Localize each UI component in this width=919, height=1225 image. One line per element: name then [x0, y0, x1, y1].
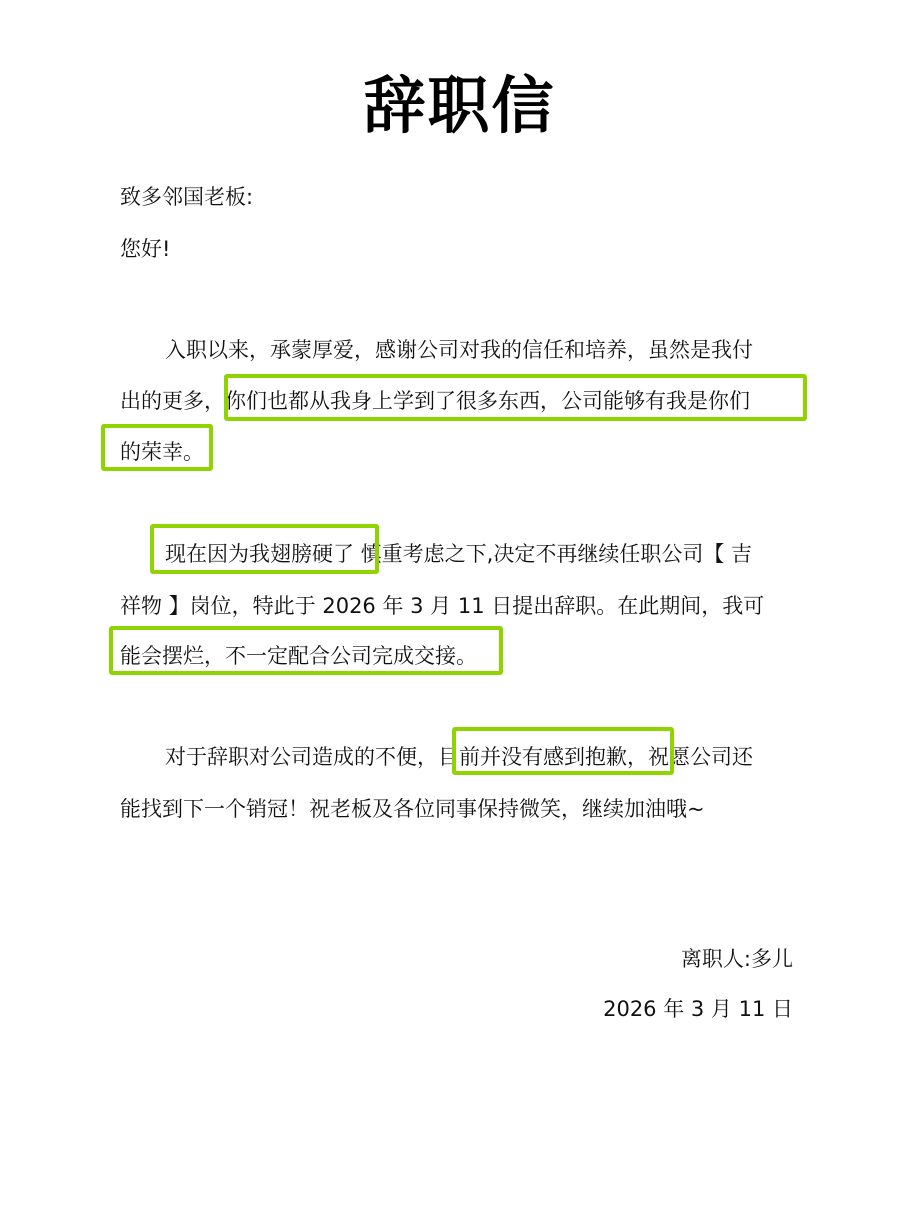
- highlight-box: [101, 424, 213, 471]
- signature: 离职人:多儿: [681, 943, 793, 973]
- highlight-box: [109, 626, 503, 675]
- highlight-box: [150, 524, 379, 574]
- paragraph-2-line-2: 祥物 】岗位，特此于 2026 年 3 月 11 日提出辞职。在此期间，我可: [120, 590, 764, 620]
- highlight-box: [452, 727, 674, 775]
- greeting: 致多邻国老板:: [120, 181, 253, 211]
- paragraph-3-line-2: 能找到下一个销冠！祝老板及各位同事保持微笑，继续加油哦~: [120, 793, 705, 823]
- paragraph-1-line-1: 入职以来，承蒙厚爱，感谢公司对我的信任和培养，虽然是我付: [165, 334, 753, 364]
- date: 2026 年 3 月 11 日: [603, 993, 793, 1023]
- salutation: 您好!: [120, 233, 170, 263]
- highlight-box: [224, 374, 807, 421]
- letter-title: 辞职信: [0, 56, 919, 145]
